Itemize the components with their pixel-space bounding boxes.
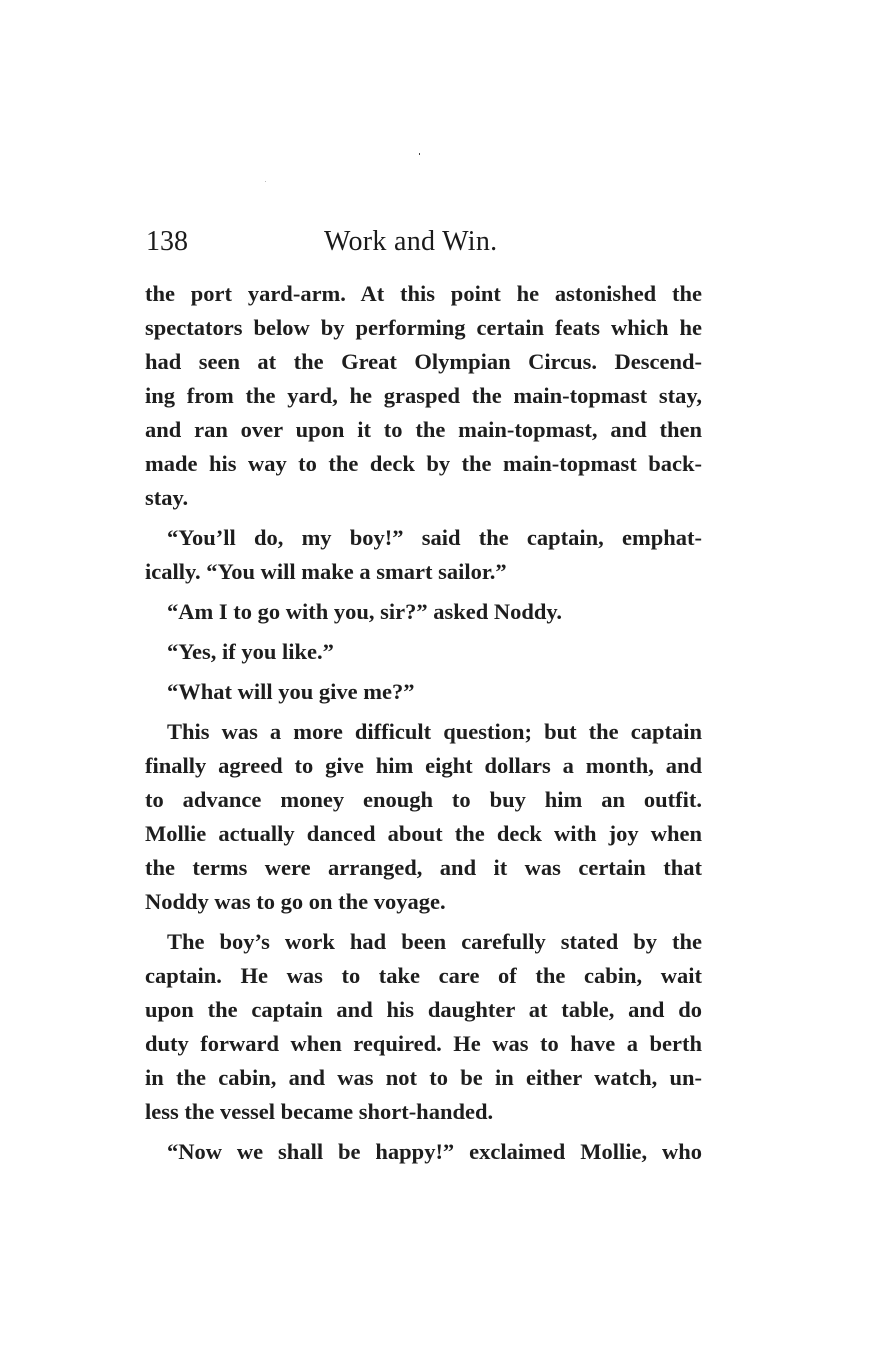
text-line: “Yes, if you like.” [145,635,702,669]
text-line: This was a more difficult question; but … [145,715,702,749]
paragraph: “Yes, if you like.” [145,635,702,669]
text-line: and ran over upon it to the main-topmast… [145,413,702,447]
text-line: had seen at the Great Olympian Circus. D… [145,345,702,379]
text-line: “Am I to go with you, sir?” asked Noddy. [145,595,702,629]
page-number: 138 [146,222,188,262]
text-line: Noddy was to go on the voyage. [145,885,702,919]
text-line: in the cabin, and was not to be in eithe… [145,1061,702,1095]
text-line: upon the captain and his daughter at tab… [145,993,702,1027]
text-line: captain. He was to take care of the cabi… [145,959,702,993]
body-text: the port yard-arm. At this point he asto… [145,277,702,1169]
paragraph: “Am I to go with you, sir?” asked Noddy. [145,595,702,629]
page-header: 138 Work and Win. [146,222,706,262]
paragraph: The boy’s work had been carefully stated… [145,925,702,1129]
paragraph: This was a more difficult question; but … [145,715,702,919]
text-line: the terms were arranged, and it was cert… [145,851,702,885]
text-line: duty forward when required. He was to ha… [145,1027,702,1061]
text-line: “What will you give me?” [145,675,702,709]
text-line: the port yard-arm. At this point he asto… [145,277,702,311]
text-line: less the vessel became short-handed. [145,1095,702,1129]
running-title: Work and Win. [324,222,497,262]
paragraph: “You’ll do, my boy!” said the captain, e… [145,521,702,589]
text-line: “Now we shall be happy!” exclaimed Molli… [145,1135,702,1169]
paragraph: “Now we shall be happy!” exclaimed Molli… [145,1135,702,1169]
book-page: 138 Work and Win. the port yard-arm. At … [0,0,883,1360]
text-line: ing from the yard, he grasped the main-t… [145,379,702,413]
scan-speck [265,181,266,182]
text-line: spectators below by performing certain f… [145,311,702,345]
text-line: The boy’s work had been carefully stated… [145,925,702,959]
paragraph: the port yard-arm. At this point he asto… [145,277,702,515]
scan-speck [419,153,420,155]
text-line: “You’ll do, my boy!” said the captain, e… [145,521,702,555]
paragraph: “What will you give me?” [145,675,702,709]
text-line: stay. [145,481,702,515]
text-line: made his way to the deck by the main-top… [145,447,702,481]
text-line: to advance money enough to buy him an ou… [145,783,702,817]
text-line: finally agreed to give him eight dollars… [145,749,702,783]
text-line: ically. “You will make a smart sailor.” [145,555,702,589]
text-line: Mollie actually danced about the deck wi… [145,817,702,851]
